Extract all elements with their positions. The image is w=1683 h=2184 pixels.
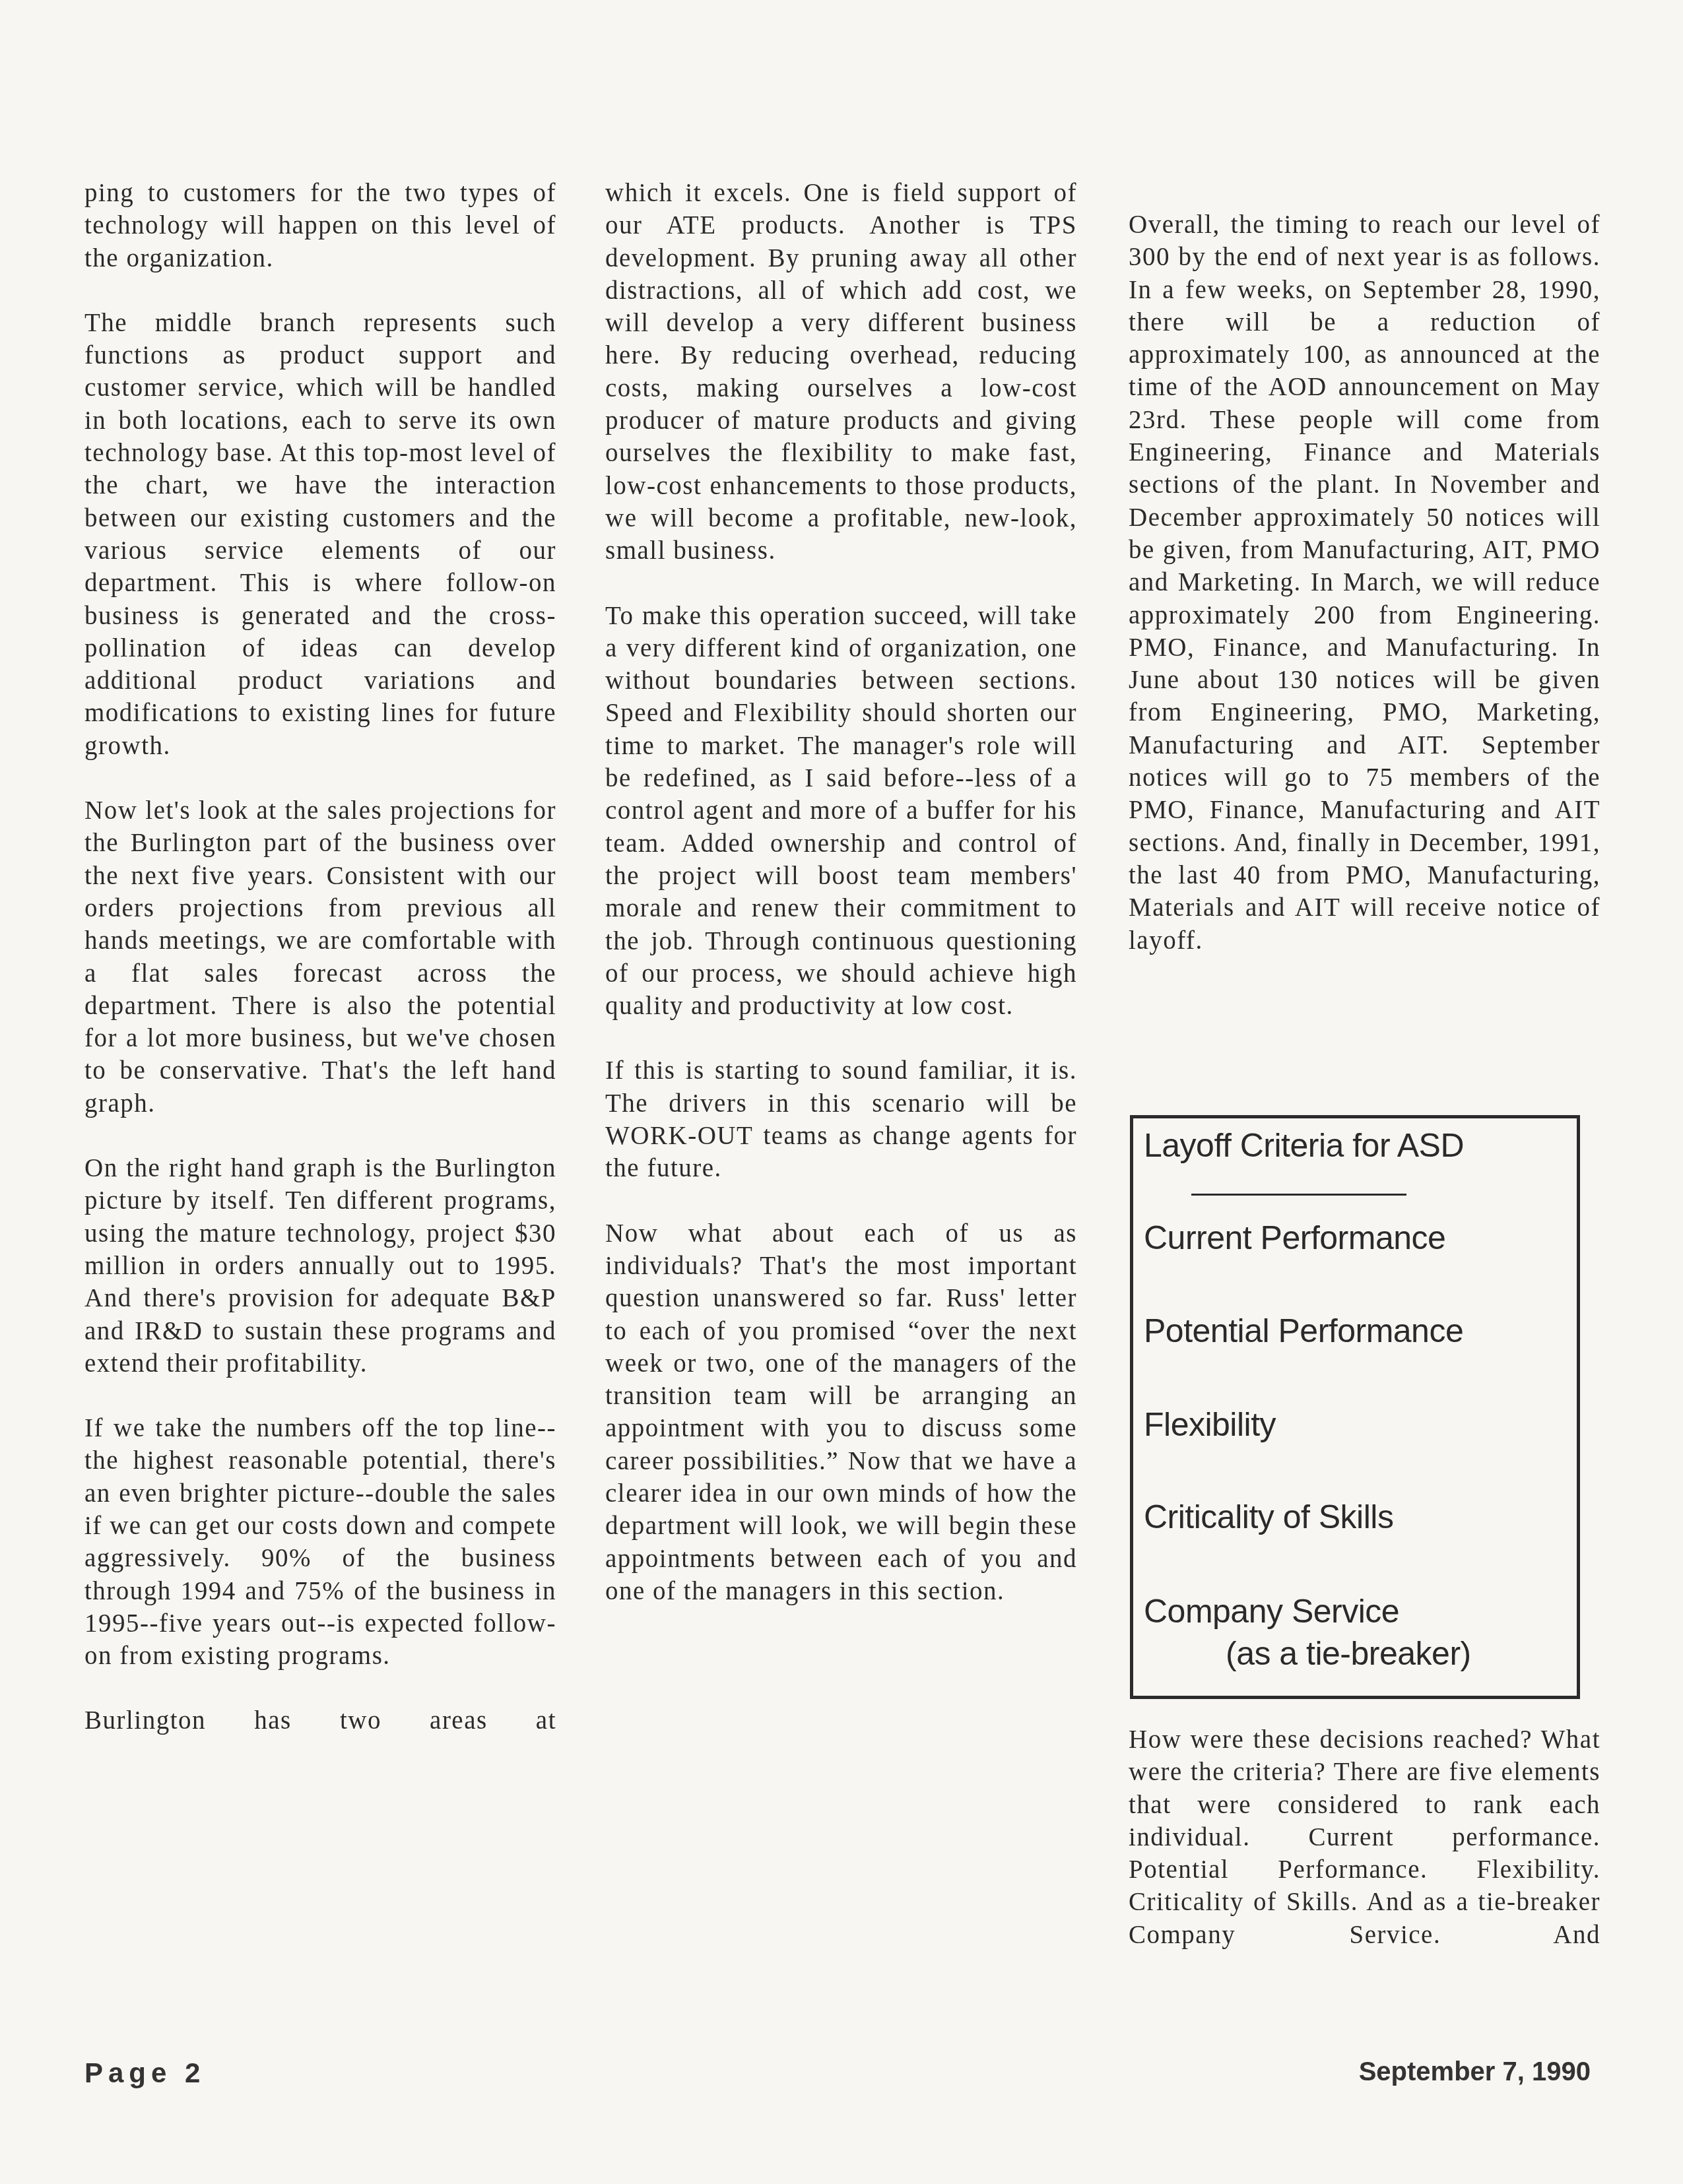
paragraph: Overall, the timing to reach our level o…: [1129, 209, 1600, 957]
paragraph: If we take the numbers off the top line-…: [84, 1412, 556, 1672]
column-1: ping to customers for the two types of t…: [84, 177, 556, 1770]
criteria-note: (as a tie-breaker): [1226, 1634, 1471, 1673]
divider: [1191, 1194, 1406, 1196]
criteria-item: Company Service: [1144, 1592, 1399, 1630]
column-2: which it excels. One is field support of…: [605, 177, 1077, 1640]
paragraph: The middle branch represents such functi…: [84, 307, 556, 762]
column-3: Overall, the timing to reach our level o…: [1129, 209, 1600, 989]
paragraph: How were these decisions reached? What w…: [1129, 1723, 1600, 1951]
paragraph: which it excels. One is field support of…: [605, 177, 1077, 567]
criteria-item: Current Performance: [1144, 1219, 1445, 1257]
paragraph: Now what about each of us as individuals…: [605, 1217, 1077, 1608]
paragraph: ping to customers for the two types of t…: [84, 177, 556, 274]
layoff-criteria-box: Layoff Criteria for ASD Current Performa…: [1130, 1115, 1580, 1699]
criteria-item: Criticality of Skills: [1144, 1498, 1393, 1536]
paragraph: If this is starting to sound familiar, i…: [605, 1054, 1077, 1184]
criteria-box-title: Layoff Criteria for ASD: [1144, 1126, 1464, 1165]
paragraph: Burlington has two areas at: [84, 1704, 556, 1737]
paragraph: On the right hand graph is the Burlingto…: [84, 1152, 556, 1380]
criteria-item: Flexibility: [1144, 1405, 1276, 1444]
paragraph: Now let's look at the sales projections …: [84, 794, 556, 1120]
page-number: Page 2: [84, 2057, 205, 2089]
criteria-item: Potential Performance: [1144, 1312, 1463, 1350]
issue-date: September 7, 1990: [1359, 2057, 1591, 2087]
paragraph: To make this operation succeed, will tak…: [605, 600, 1077, 1023]
column-3-continued: How were these decisions reached? What w…: [1129, 1723, 1600, 1951]
